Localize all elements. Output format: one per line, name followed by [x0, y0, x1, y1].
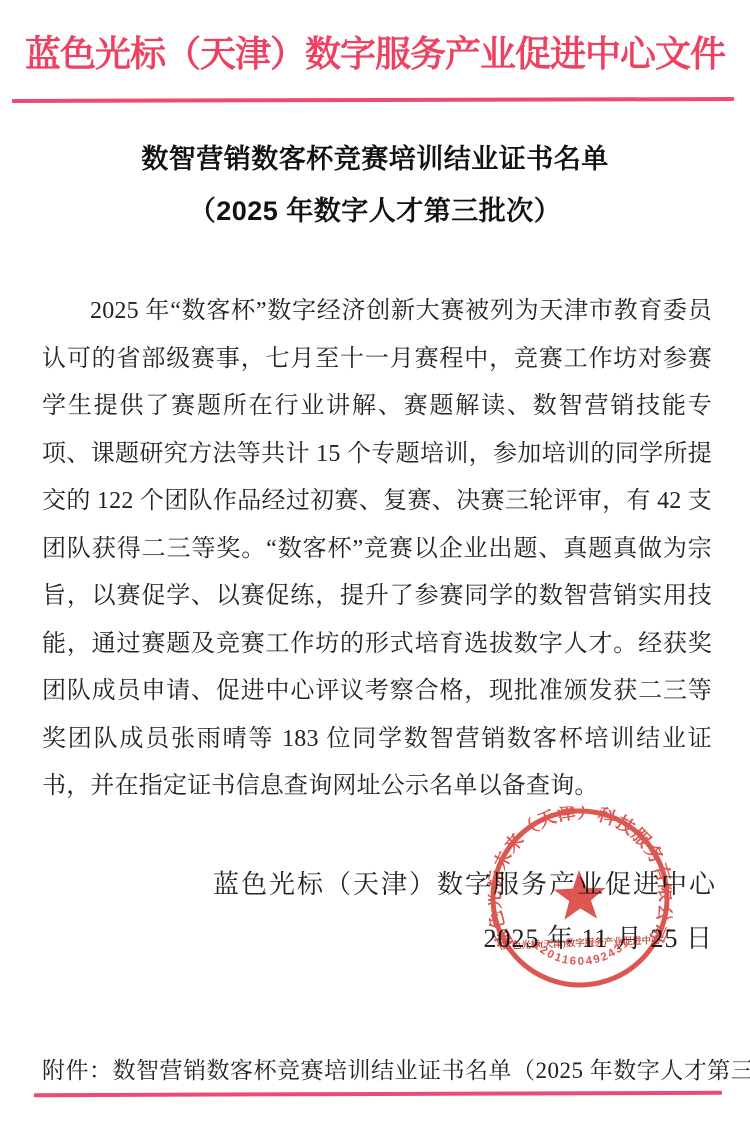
attachment-line: 附件：数智营销数客杯竞赛培训结业证书名单（2025 年数字人才第三批次） — [42, 1052, 722, 1085]
document-body-paragraph: 2025 年“数客杯”数字经济创新大赛被列为天津市教育委员认可的省部级赛事，七月… — [42, 288, 712, 811]
document-title-line1: 数智营销数客杯竞赛培训结业证书名单 — [0, 142, 750, 176]
official-document-page: 蓝色光标（天津）数字服务产业促进中心文件 数智营销数客杯竞赛培训结业证书名单 （… — [0, 0, 750, 1122]
footer-red-rule — [34, 1091, 722, 1097]
official-seal: 蓝色光标未来（天津）科技服务有限公司 蓝色光标(天津)数字服务产业促进中心 12… — [485, 803, 675, 993]
seal-inner-org-name: 蓝色光标(天津)数字服务产业促进中心 — [502, 934, 661, 952]
document-title: 数智营销数客杯竞赛培训结业证书名单 （2025 年数字人才第三批次） — [0, 142, 750, 228]
document-title-line2: （2025 年数字人才第三批次） — [0, 194, 750, 228]
header-red-rule — [12, 97, 734, 103]
document-header-org-line: 蓝色光标（天津）数字服务产业促进中心文件 — [0, 26, 750, 77]
star-icon — [553, 869, 606, 920]
